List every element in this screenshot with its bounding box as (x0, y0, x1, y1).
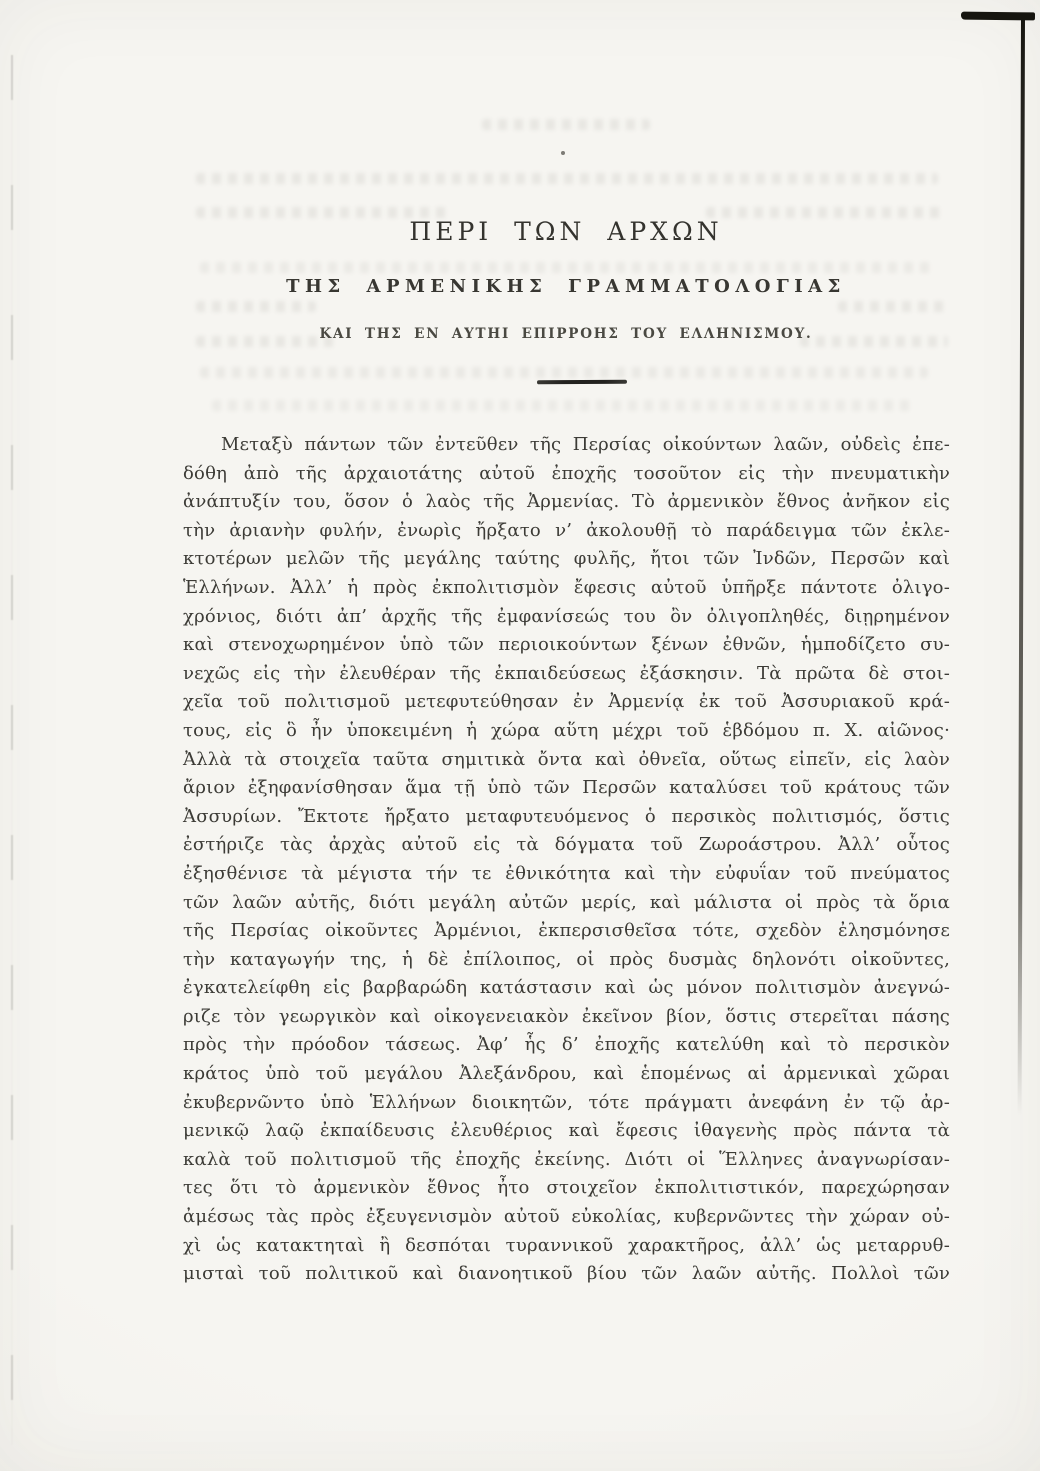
bleedthrough-smudge (200, 367, 928, 378)
page-title: ΠΕΡΙ ΤΩΝ ΑΡΧΩΝ (183, 217, 949, 246)
text-line: πρὸς τὴν πρόοδον τάσεως. Ἀφ’ ἧς δ’ ἐποχῆ… (183, 1031, 950, 1060)
text-line: ἀνάπτυξίν του, ὅσον ὁ λαὸς τῆς Ἀρμενίας.… (183, 488, 950, 517)
text-line: τὴν ἀριανὴν φυλήν, ἐνωρὶς ἤρξατο ν’ ἀκολ… (183, 517, 950, 546)
text-line: ριζε τὸν γεωργικὸν καὶ οἰκογενειακὸν ἐκε… (183, 1003, 950, 1032)
text-line: δόθη ἀπὸ τῆς ἀρχαιοτάτης αὐτοῦ ἐποχῆς το… (183, 460, 950, 489)
page-title-line2: ΤΗΣ ΑΡΜΕΝΙΚΗΣ ΓΡΑΜΜΑΤΟΛΟΓΙΑΣ (183, 276, 949, 297)
text-line: μισταὶ τοῦ πολιτικοῦ καὶ διανοητικοῦ βίο… (183, 1260, 950, 1289)
bleedthrough-smudge (196, 173, 938, 184)
body-paragraph: Μεταξὺ πάντων τῶν ἐντεῦθεν τῆς Περσίας ο… (183, 431, 950, 1289)
text-line: ἐκυβερνῶντο ὑπὸ Ἑλλήνων διοικητῶν, τότε … (183, 1089, 950, 1118)
text-line: μενικῷ λαῷ ἐκπαίδευσις ἐλευθέριος καὶ ἔφ… (183, 1117, 950, 1146)
text-line: ἀμέσως τὰς πρὸς ἐξευγενισμὸν αὐτοῦ εὐκολ… (183, 1203, 950, 1232)
text-line: τὴν καταγωγήν της, ἡ δὲ ἐπίλοιπος, οἱ πρ… (183, 946, 950, 975)
text-line: χρόνιος, διότι ἀπ’ ἀρχῆς τῆς ἐμφανίσεώς … (183, 603, 950, 632)
text-line: Ἑλλήνων. Ἀλλ’ ἡ πρὸς ἐκπολιτισμὸν ἔφεσις… (183, 574, 950, 603)
text-line: Μεταξὺ πάντων τῶν ἐντεῦθεν τῆς Περσίας ο… (183, 431, 950, 460)
right-edge-scan-line (1018, 16, 1025, 1121)
text-line: κράτος ὑπὸ τοῦ μεγάλου Ἀλεξάνδρου, καὶ ἑ… (183, 1060, 950, 1089)
text-line: κτοτέρων μελῶν τῆς μεγάλης ταύτης φυλῆς,… (183, 545, 950, 574)
text-line: τῶν λαῶν αὐτῆς, διότι μεγάλη αὐτῶν μερίς… (183, 889, 950, 918)
bleedthrough-smudge (482, 119, 650, 130)
text-line: καὶ στενοχωρημένον ὑπὸ τῶν περιοικούντων… (183, 631, 950, 660)
bleedthrough-smudge (196, 301, 316, 312)
text-line: τες ὅτι τὸ ἀρμενικὸν ἔθνος ἦτο στοιχεῖον… (183, 1174, 950, 1203)
text-line: Ἀσσυρίων. Ἔκτοτε ἤρξατο μεταφυτευόμενος … (183, 803, 950, 832)
text-line: νεχῶς εἰς τὴν ἐλευθέραν τῆς ἐκπαιδεύσεως… (183, 660, 950, 689)
bleedthrough-smudge (200, 262, 932, 273)
text-line: ἐγκατελείφθη εἰς βαρβαρώδη κατάστασιν κα… (183, 974, 950, 1003)
page-subtitle: ΚΑΙ ΤΗΣ ΕΝ ΑΥΤΗΙ ΕΠΙΡΡΟΗΣ ΤΟΥ ΕΛΛΗΝΙΣΜΟΥ… (183, 326, 949, 342)
text-line: χεῖα τοῦ πολιτισμοῦ μετεφυτεύθησαν ἐν Ἀρ… (183, 688, 950, 717)
text-line: ἐστήριζε τὰς ἀρχὰς αὐτοῦ εἰς τὰ δόγματα … (183, 831, 950, 860)
text-line: ἄριον ἐξηφανίσθησαν ἅμα τῇ ὑπὸ τῶν Περσῶ… (183, 774, 950, 803)
text-line: τῆς Περσίας οἰκοῦντες Ἀρμένιοι, ἐκπερσισ… (183, 917, 950, 946)
bleedthrough-smudge (212, 400, 912, 411)
text-line: χὶ ὡς κατακτηταὶ ἢ δεσπόται τυραννικοῦ χ… (183, 1232, 950, 1261)
text-line: Ἀλλὰ τὰ στοιχεῖα ταῦτα σημιτικὰ ὄντα καὶ… (183, 746, 950, 775)
left-edge-scan-line (11, 55, 13, 1445)
text-line: τους, εἰς ὃ ἦν ὑποκειμένη ἡ χώρα αὕτη μέ… (183, 717, 950, 746)
text-line: ἐξησθένισε τὰ μέγιστα τήν τε ἐθνικότητα … (183, 860, 950, 889)
bleedthrough-smudge (838, 301, 946, 312)
section-divider-rule (537, 380, 627, 384)
text-line: καλὰ τοῦ πολιτισμοῦ τῆς ἐποχῆς ἐκείνης. … (183, 1146, 950, 1175)
stray-ink-dot (561, 151, 565, 155)
scanned-page: ΠΕΡΙ ΤΩΝ ΑΡΧΩΝ ΤΗΣ ΑΡΜΕΝΙΚΗΣ ΓΡΑΜΜΑΤΟΛΟΓ… (0, 0, 1040, 1471)
